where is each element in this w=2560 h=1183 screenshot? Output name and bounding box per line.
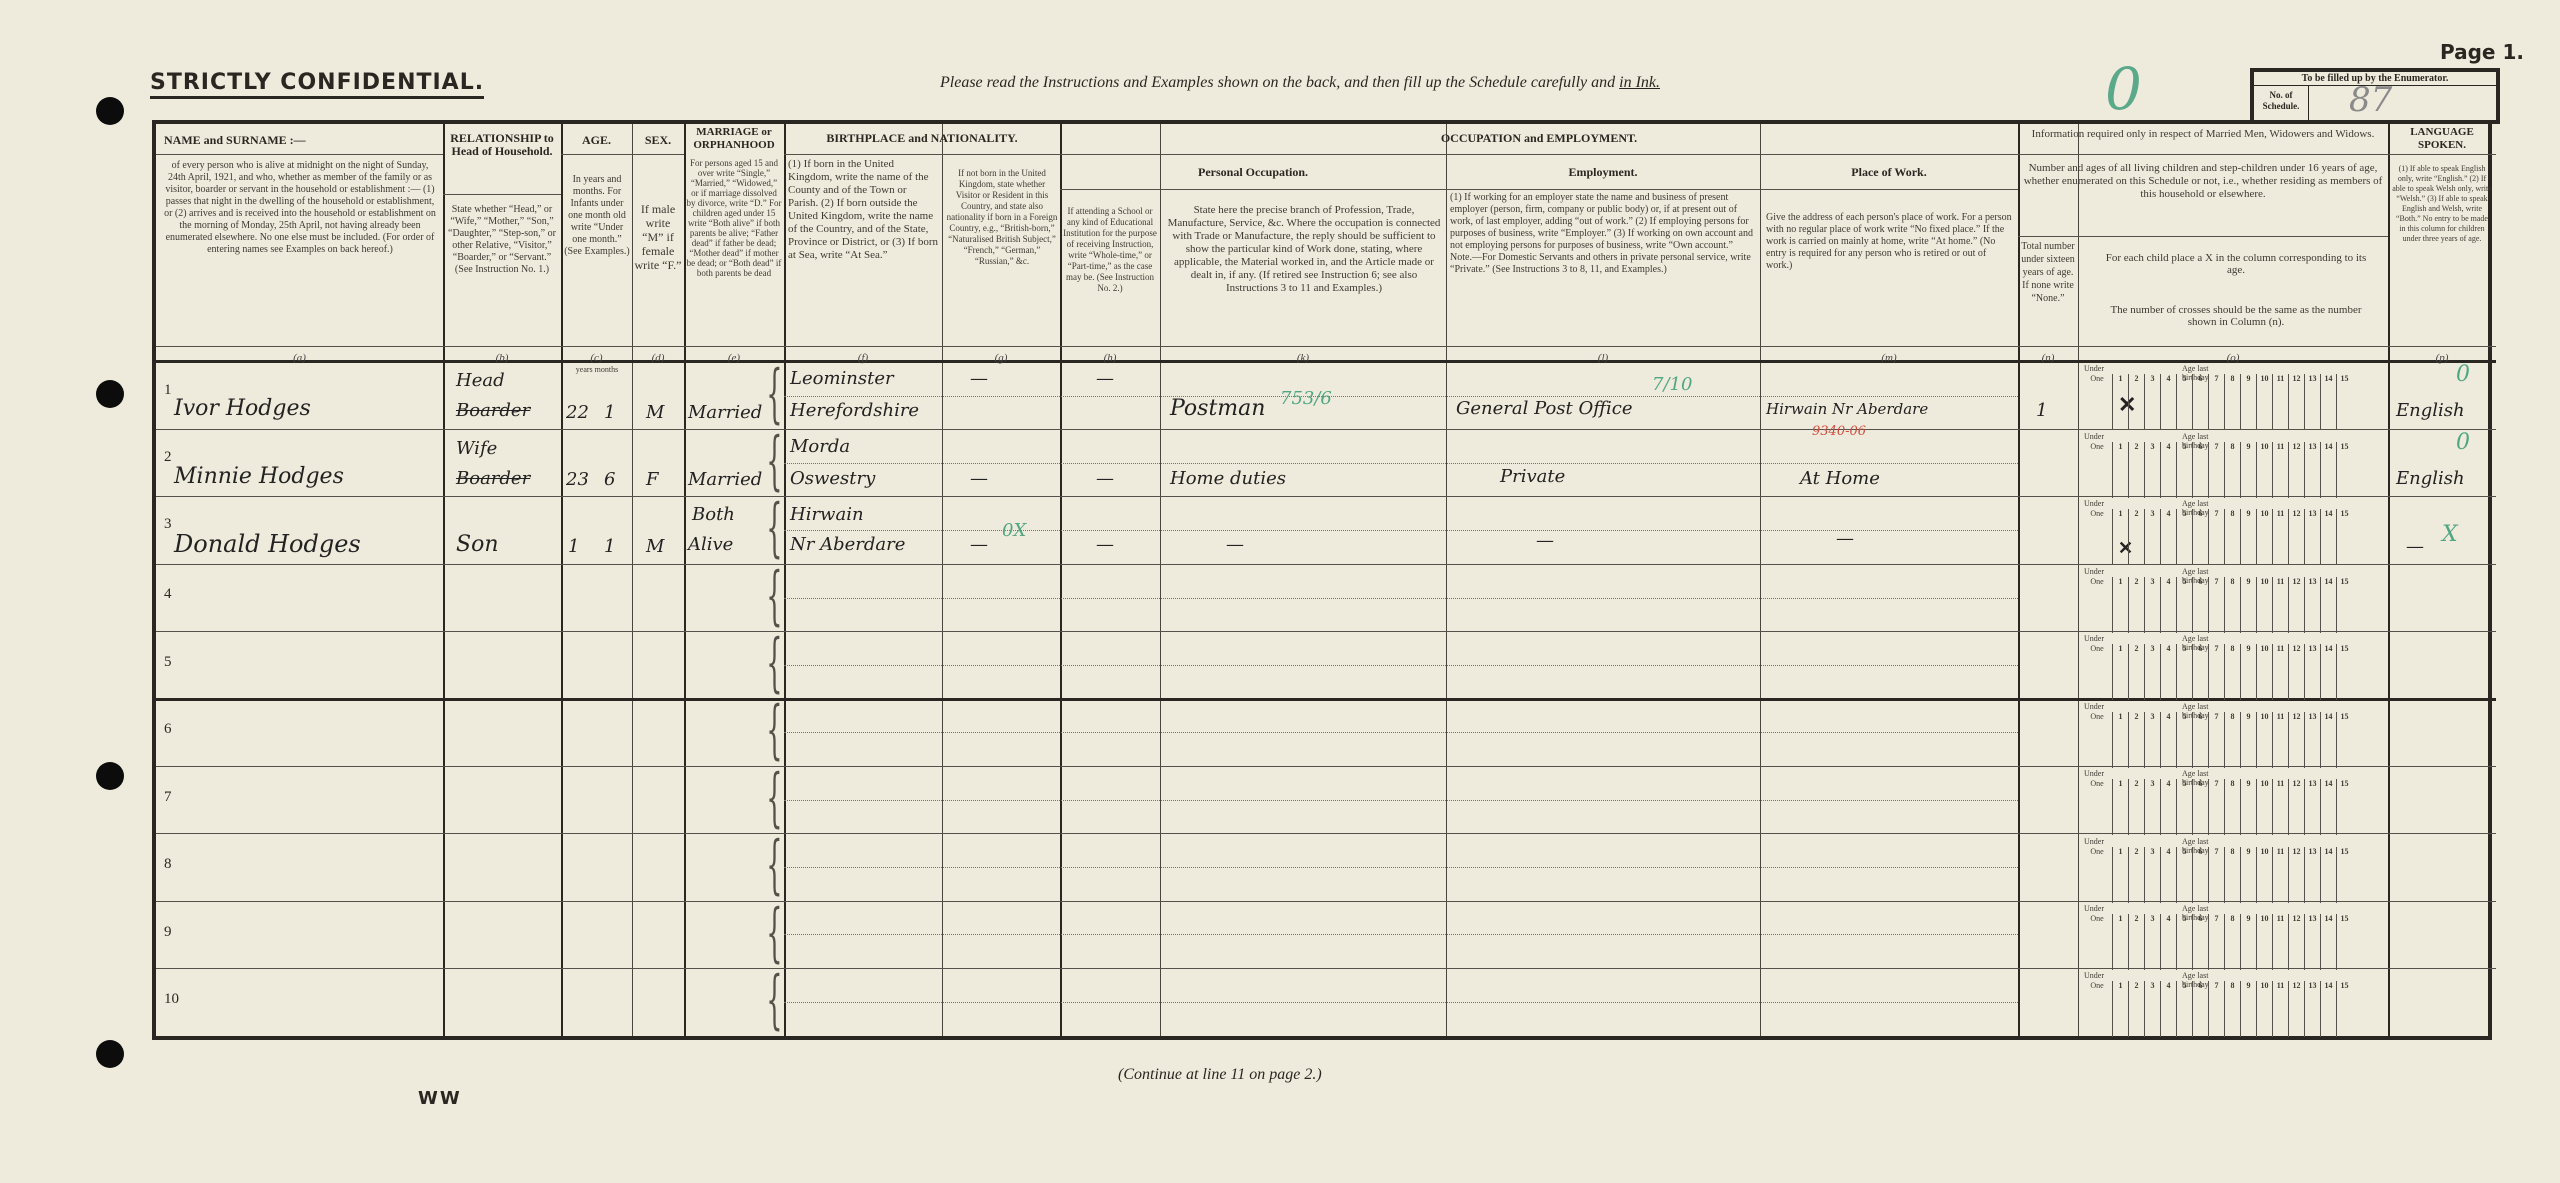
occupation: Home duties — [1170, 468, 1286, 489]
row-number: 2 — [164, 449, 172, 466]
person-name: Donald Hodges — [174, 530, 361, 558]
school: — — [1096, 468, 1114, 489]
divider — [1060, 124, 1062, 1036]
divider — [1160, 124, 1161, 1036]
row-number: 9 — [164, 924, 172, 941]
instructions-text: Please read the Instructions and Example… — [940, 74, 1615, 91]
relationship: Son — [456, 532, 499, 557]
col-e-instructions: For persons aged 15 and over write “Sing… — [686, 158, 782, 278]
col-a-instructions: of every person who is alive at midnight… — [164, 160, 436, 256]
col-a-title: NAME and SURNAME :— — [164, 134, 434, 147]
col-c-title: AGE. — [561, 134, 632, 147]
place-of-work: Hirwain Nr Aberdare — [1766, 400, 1928, 418]
row-number: 7 — [164, 789, 172, 806]
col-h-instructions: If attending a School or any kind of Edu… — [1063, 206, 1157, 294]
col-o-letter: (o) — [2078, 352, 2388, 364]
instructions-line: Please read the Instructions and Example… — [940, 74, 1660, 92]
brace-icon: { — [766, 631, 782, 695]
birthplace-group-title: BIRTHPLACE and NATIONALITY. — [784, 132, 1060, 145]
age-subheader: years months — [562, 364, 632, 376]
divider — [1760, 124, 1761, 1036]
col-f-instructions: (1) If born in the United Kingdom, write… — [788, 158, 938, 262]
birthplace-town: Morda — [790, 436, 850, 457]
col-k-letter: (k) — [1160, 352, 1446, 364]
row-number: 5 — [164, 654, 172, 671]
language-mark: 0 — [2456, 362, 2470, 387]
continue-note: (Continue at line 11 on page 2.) — [1118, 1066, 1322, 1084]
marriage-line-2: Alive — [688, 534, 733, 555]
enumerator-box: To be filled up by the Enumerator. No. o… — [2250, 68, 2500, 124]
brace-icon: { — [766, 496, 782, 560]
relationship-struck: Boarder — [456, 468, 530, 489]
divider — [443, 124, 445, 1036]
brace-icon: { — [766, 833, 782, 897]
brace-icon: { — [766, 429, 782, 493]
language: — — [2406, 536, 2424, 557]
birthplace-county: Nr Aberdare — [790, 534, 905, 555]
school: — — [1096, 368, 1114, 389]
row-number: 8 — [164, 856, 172, 873]
instructions-ink: in Ink. — [1619, 74, 1660, 91]
birthplace-town: Leominster — [790, 368, 894, 389]
col-g-instructions: If not born in the United Kingdom, state… — [946, 168, 1058, 267]
col-m-instructions: Give the address of each person's place … — [1766, 212, 2012, 272]
language: English — [2396, 400, 2465, 421]
brace-icon: { — [766, 901, 782, 965]
birthplace-county: Herefordshire — [790, 400, 919, 421]
brace-icon: { — [766, 698, 782, 762]
census-schedule-page: STRICTLY CONFIDENTIAL. Please read the I… — [0, 0, 2560, 1183]
birthplace-town: Hirwain — [790, 504, 864, 525]
col-d-title: SEX. — [632, 134, 684, 147]
form-code: WW — [418, 1088, 462, 1109]
divider — [632, 124, 633, 1036]
col-o-instructions-1: For each child place a X in the column c… — [2096, 252, 2376, 276]
personal-occupation-title: Personal Occupation. — [1060, 166, 1446, 179]
col-e-title: MARRIAGE or ORPHANHOOD — [684, 126, 784, 152]
col-b-instructions: State whether “Head,” or “Wife,” “Mother… — [446, 204, 558, 276]
census-table: NAME and SURNAME :— of every person who … — [152, 120, 2492, 1040]
place-of-work: At Home — [1800, 468, 1880, 489]
col-p-title: LANGUAGE SPOKEN. — [2388, 126, 2496, 152]
age-months: 6 — [604, 469, 615, 490]
row-number: 4 — [164, 586, 172, 603]
relationship: Wife — [456, 438, 497, 459]
divider — [2078, 124, 2079, 1036]
col-a-letter: (a) — [156, 352, 443, 364]
col-d-letter: (d) — [632, 352, 684, 364]
page-number: Page 1. — [2440, 40, 2524, 64]
col-b-title: RELATIONSHIP to Head of Household. — [446, 132, 558, 158]
nationality-mark: 0X — [1002, 520, 1026, 541]
confidential-title: STRICTLY CONFIDENTIAL. — [150, 70, 484, 99]
employment: — — [1536, 530, 1554, 551]
age-months: 1 — [604, 402, 615, 423]
col-d-instructions: If male write “M” if female write “F.” — [634, 202, 682, 272]
col-c-instructions: In years and months. For Infants under o… — [564, 174, 630, 258]
brace-icon: { — [766, 564, 782, 628]
row-number: 1 — [164, 382, 172, 399]
row-number: 6 — [164, 721, 172, 738]
employment: General Post Office — [1456, 398, 1633, 419]
sex: F — [646, 469, 659, 490]
language-mark: 0 — [2456, 430, 2470, 455]
divider — [2388, 124, 2390, 1036]
person-name: Ivor Hodges — [174, 396, 311, 421]
occupation: — — [1226, 534, 1244, 555]
marriage: Married — [688, 469, 762, 490]
married-group-title: Information required only in respect of … — [2022, 128, 2384, 140]
col-b-letter: (b) — [443, 352, 561, 364]
col-m-title: Place of Work. — [1760, 166, 2018, 179]
age-months: 1 — [604, 536, 615, 557]
col-n-letter: (n) — [2018, 352, 2078, 364]
col-f-letter: (f) — [784, 352, 942, 364]
col-p-instructions: (1) If able to speak English only, write… — [2392, 164, 2492, 244]
col-n-instructions: Total number under sixteen years of age.… — [2020, 240, 2076, 305]
employment-code: 7/10 — [1652, 374, 1692, 395]
brace-icon: { — [766, 968, 782, 1032]
schedule-number-label: No. of Schedule. — [2254, 86, 2309, 120]
col-h-letter: (h) — [1060, 352, 1160, 364]
birthplace-county: Oswestry — [790, 468, 875, 489]
col-c-letter: (c) — [561, 352, 632, 364]
language: English — [2396, 468, 2465, 489]
place-of-work: — — [1836, 528, 1854, 549]
brace-icon: { — [766, 766, 782, 830]
children-group-title: Number and ages of all living children a… — [2022, 162, 2384, 201]
row-number: 3 — [164, 516, 172, 533]
col-p-letter: (p) — [2388, 352, 2496, 364]
green-annotation: 0 — [2105, 55, 2142, 123]
nationality: — — [970, 534, 988, 555]
col-l-instructions: (1) If working for an employer state the… — [1450, 192, 1756, 276]
marriage-line-1: Both — [692, 504, 735, 525]
divider — [1446, 124, 1447, 1036]
divider — [561, 124, 563, 1036]
age-years: 1 — [568, 536, 579, 557]
person-name: Minnie Hodges — [174, 464, 344, 489]
brace-icon: { — [766, 362, 782, 426]
punch-hole-4 — [96, 1040, 124, 1068]
col-o-instructions-2: The number of crosses should be the same… — [2096, 304, 2376, 328]
occupation: Postman — [1170, 396, 1265, 421]
age-years: 22 — [566, 402, 589, 423]
divider — [784, 124, 786, 1036]
col-l-letter: (l) — [1446, 352, 1760, 364]
marriage: Married — [688, 402, 762, 423]
language-mark: X — [2442, 522, 2458, 547]
col-m-letter: (m) — [1760, 352, 2018, 364]
school: — — [1096, 534, 1114, 555]
divider — [942, 124, 943, 1036]
col-g-letter: (g) — [942, 352, 1060, 364]
relationship-struck: Boarder — [456, 400, 530, 421]
relationship: Head — [456, 370, 505, 391]
punch-hole-3 — [96, 762, 124, 790]
occupation-group-title: OCCUPATION and EMPLOYMENT. — [1060, 132, 2018, 145]
employment: Private — [1500, 466, 1565, 487]
col-k-instructions: State here the precise branch of Profess… — [1166, 204, 1442, 295]
punch-hole-1 — [96, 97, 124, 125]
age-years: 23 — [566, 469, 589, 490]
row-number: 10 — [164, 991, 179, 1008]
punch-hole-2 — [96, 380, 124, 408]
occupation-code: 753/6 — [1280, 388, 1332, 409]
children-total: 1 — [2036, 400, 2047, 421]
nationality: — — [970, 468, 988, 489]
place-code: 9340-06 — [1812, 424, 1866, 439]
sex: M — [646, 402, 664, 423]
sex: M — [646, 536, 664, 557]
col-l-title: Employment. — [1446, 166, 1760, 179]
nationality: — — [970, 368, 988, 389]
schedule-number-value: 87 — [2349, 80, 2392, 120]
